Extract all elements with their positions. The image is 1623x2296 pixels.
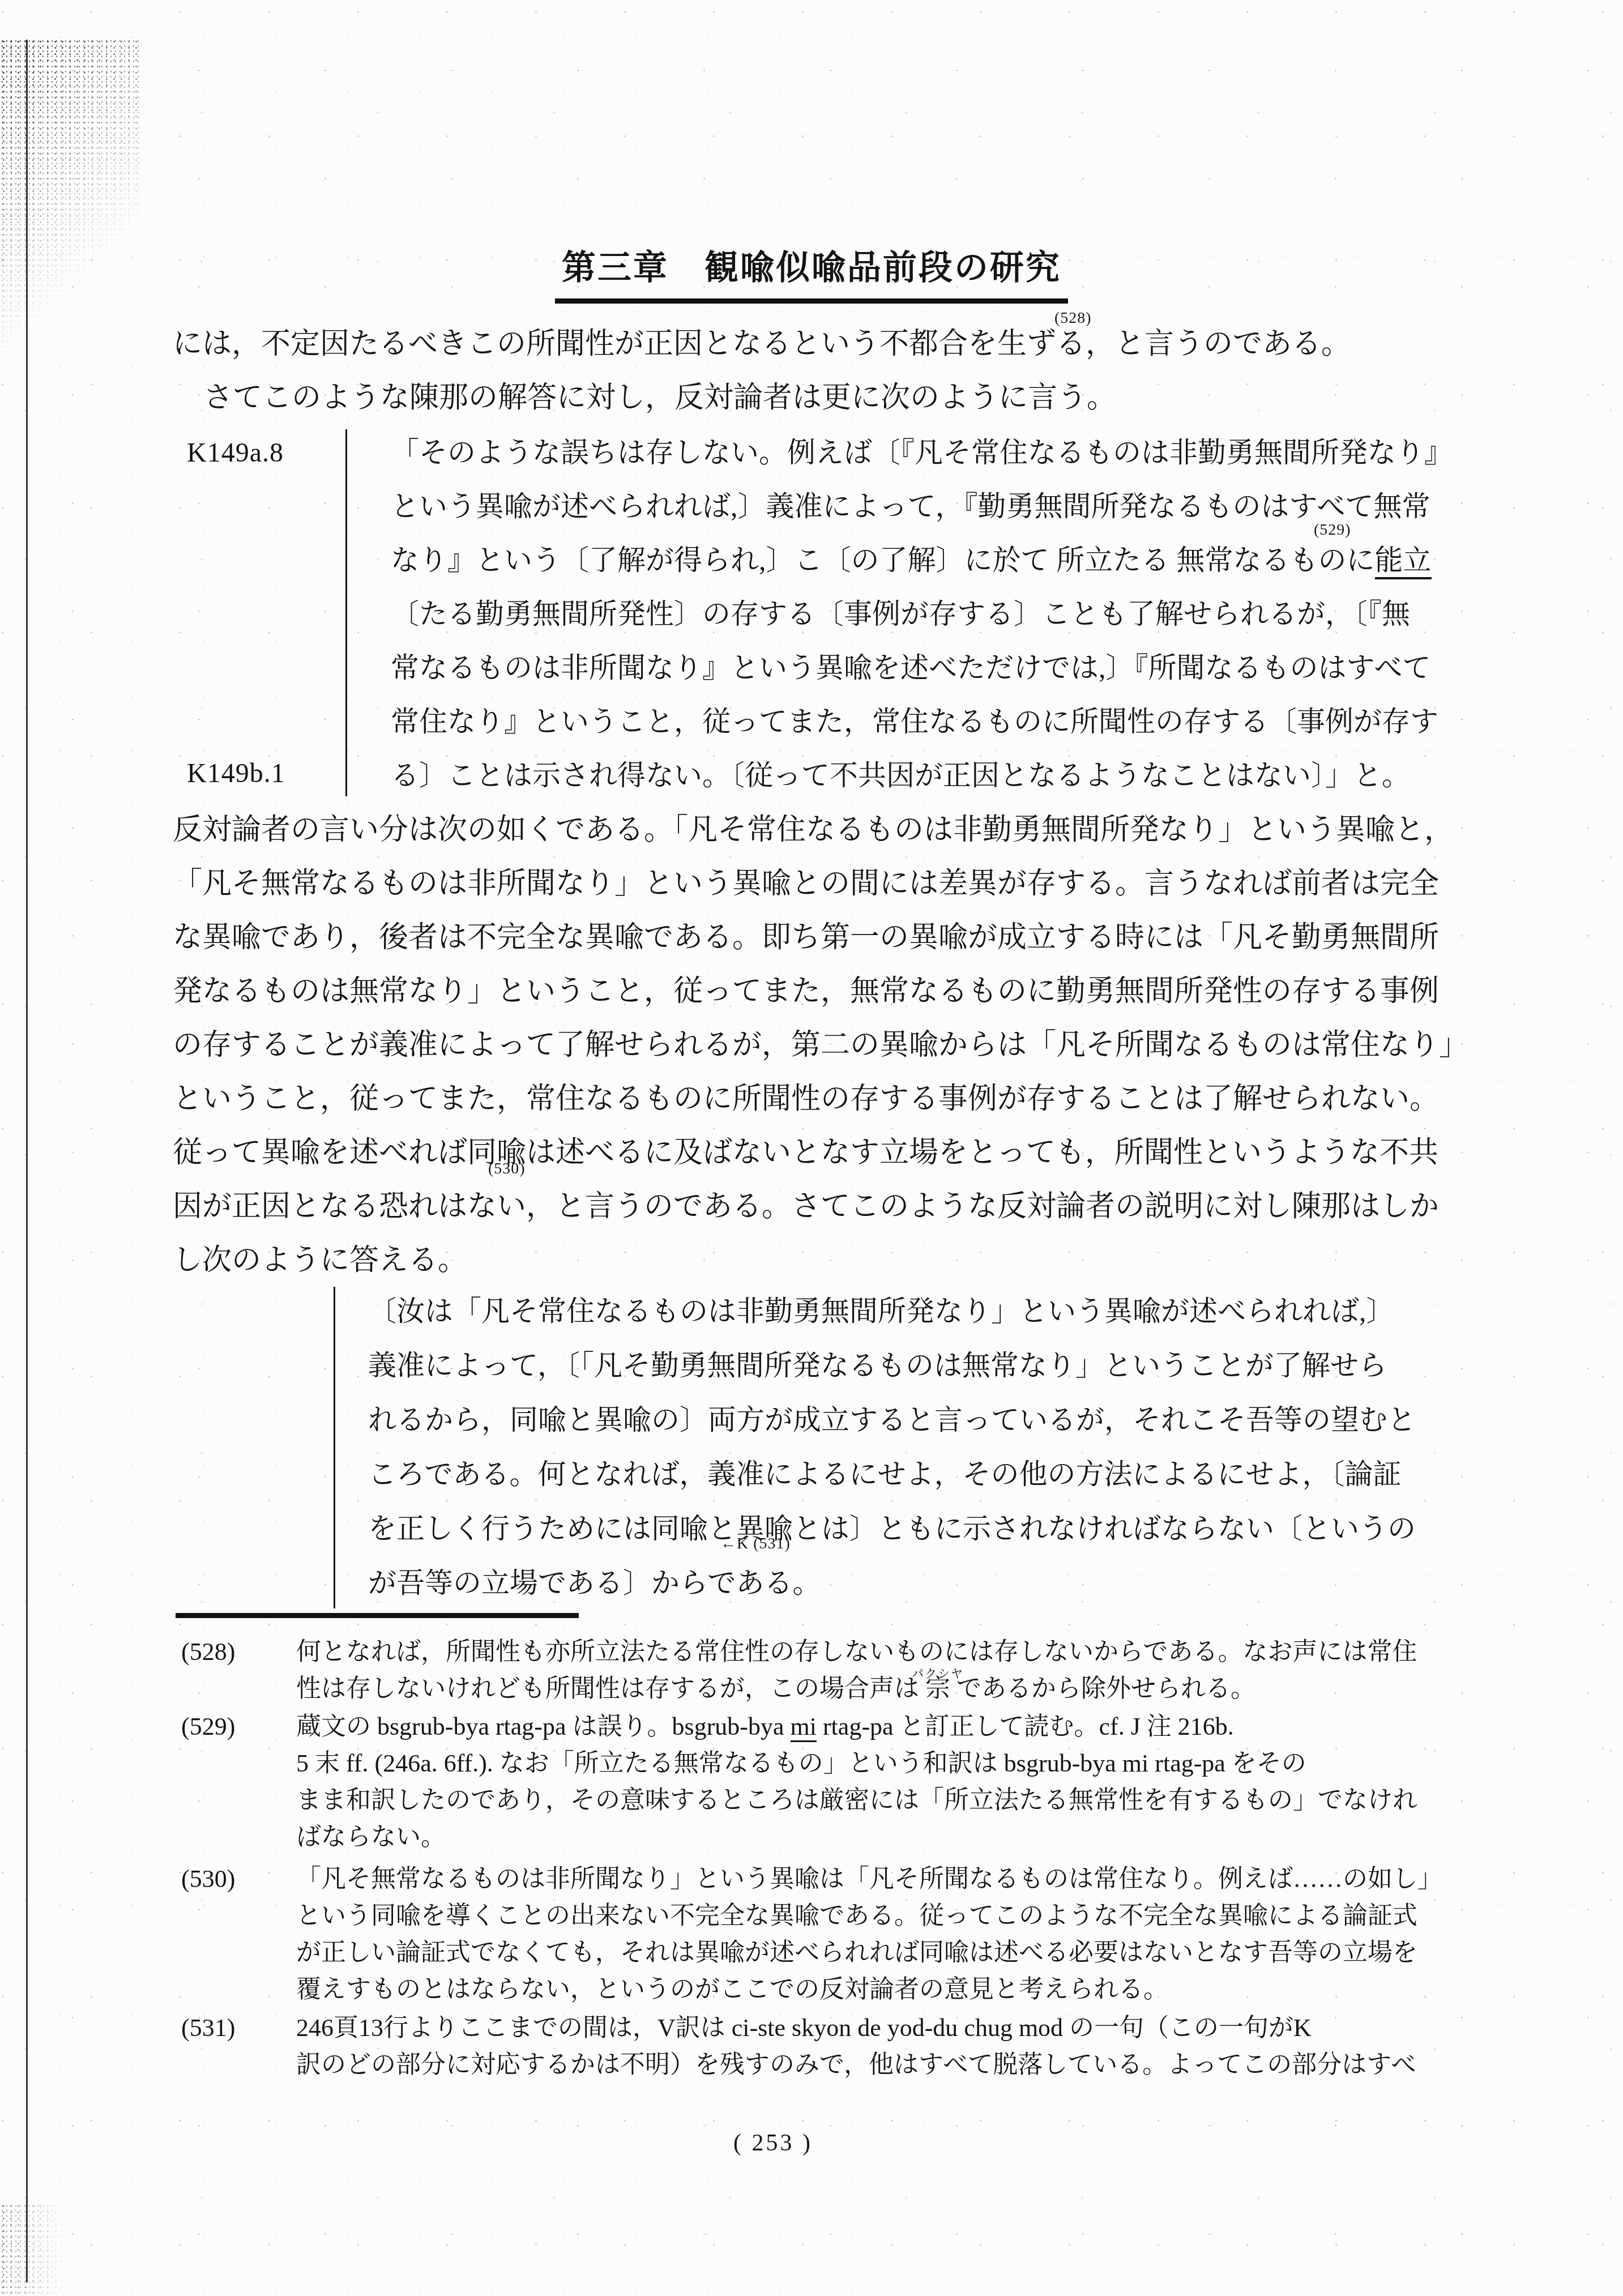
quote-block-1: 「そのような誤ちは存しない。例えば〔『凡そ常住なるものは非勤勇無間所発なり』 と… bbox=[391, 426, 1453, 803]
footnote-528-line-2: 性は存しないけれども所聞性は存するが，この場合声は パクシヤ宗 であるから除外せ… bbox=[296, 1670, 1417, 1707]
body-line-6: ということ，従ってまた，常住なるものに所聞性の存する事例が存することは了解せられ… bbox=[173, 1072, 1468, 1126]
ruby-shuu-pakshiya: パクシヤ宗 bbox=[925, 1670, 950, 1707]
footnote-529-line-4: ばならない。 bbox=[296, 1819, 1417, 1855]
quote1-line-3: なり』という〔了解が得られ,〕こ〔の了解〕に於て 所立たる 無常なるものに能立 bbox=[391, 534, 1453, 587]
footnote-531-text: 246頁13行よりここまでの間は，V訳は ci-ste skyon de yod… bbox=[296, 2009, 1416, 2083]
footnote-530-number: (530) bbox=[181, 1860, 235, 1897]
body-line-5: の存することが義准によって了解せられるが，第二の異喩からは「凡そ所聞なるものは常… bbox=[173, 1018, 1468, 1072]
footnote-530-text: 「凡そ無常なるものは非所聞なり」という異喩は「凡そ所聞なるものは常住なり。例えば… bbox=[296, 1860, 1442, 2008]
footnote-530-line-2: という同喩を導くことの出来ない不完全な異喩である。従ってこのような不完全な異喩に… bbox=[296, 1897, 1442, 1934]
page-number: ( 253 ) bbox=[733, 2129, 813, 2157]
footnote-530-line-3: が正しい論証式でなくても，それは異喩が述べられれば同喩は述べる必要はないとなす吾… bbox=[296, 1934, 1442, 1971]
footnote-529-number: (529) bbox=[181, 1708, 235, 1745]
quote1-line-1: 「そのような誤ちは存しない。例えば〔『凡そ常住なるものは非勤勇無間所発なり』 bbox=[391, 426, 1453, 480]
quote2-line-4: ころである。何となれば，義准によるにせよ，その他の方法によるにせよ，〔論証 bbox=[368, 1447, 1416, 1501]
quote2-line-1: 〔汝は「凡そ常住なるものは非勤勇無間所発なり」という異喩が述べられれば,〕 bbox=[368, 1284, 1416, 1338]
footnote-531-line-2: 訳のどの部分に対応するかは不明）を残すのみで，他はすべて脱落している。よってこの… bbox=[296, 2046, 1416, 2083]
intro-line-2: さてこのような陳那の解答に対し，反対論者は更に次のように言う。 bbox=[173, 371, 1351, 425]
quote2-line-6: が吾等の立場である〕からである。 bbox=[368, 1556, 1416, 1610]
body-line-8: 因が正因となる恐れはない，と言うのである。さてこのような反対論者の説明に対し陳那… bbox=[173, 1180, 1468, 1234]
quote2-line-2: 義准によって，〔「凡そ勤勇無間所発なるものは無常なり」ということが了解せら bbox=[368, 1338, 1416, 1393]
footnote-529-line-2: 5 末 ff. (246a. 6ff.). なお「所立たる無常なるもの」という和… bbox=[296, 1745, 1417, 1782]
quote2-vertical-bar bbox=[334, 1287, 335, 1608]
underlined-term-mi: mi bbox=[791, 1713, 817, 1742]
chapter-title: 第三章 観喩似喩品前段の研究 bbox=[555, 241, 1068, 304]
footnote-528-number: (528) bbox=[181, 1633, 235, 1670]
footnote-529-line-3: まま和訳したのであり，その意味するところは厳密には「所立法たる無常性を有するもの… bbox=[296, 1782, 1417, 1819]
quote2-line-3: れるから，同喩と異喩の〕両方が成立すると言っているが，それこそ吾等の望むと bbox=[368, 1393, 1416, 1447]
quote1-line-5: 常なるものは非所聞なり』という異喩を述べただけでは,〕『所聞なるものはすべて bbox=[391, 641, 1453, 695]
quote1-line-2: という異喩が述べられれば,〕義准によって，『勤勇無間所発なるものはすべて無常 bbox=[391, 480, 1453, 534]
underlined-term-nouryuu: 能立 bbox=[1375, 544, 1432, 579]
footnote-528-text: 何となれば，所聞性も亦所立法たる常住性の存しないものには存しないからである。なお… bbox=[296, 1633, 1417, 1707]
footnote-529-line-1-post: rtag-pa と訂正して読む。cf. J 注 216b. bbox=[817, 1713, 1234, 1740]
scan-smudge-bottom-left bbox=[0, 2203, 74, 2294]
margin-label-k149b1: K149b.1 bbox=[187, 758, 285, 789]
quote1-line-4: 〔たる勤勇無間所発性〕の存する〔事例が存する〕ことも了解せられるが，〔『無 bbox=[391, 587, 1453, 641]
footnote-separator bbox=[176, 1613, 579, 1618]
scan-fold-line bbox=[26, 40, 28, 2282]
quote-block-2: 〔汝は「凡そ常住なるものは非勤勇無間所発なり」という異喩が述べられれば,〕 義准… bbox=[368, 1284, 1416, 1610]
footnote-530-line-1: 「凡そ無常なるものは非所聞なり」という異喩は「凡そ所聞なるものは常住なり。例えば… bbox=[296, 1860, 1442, 1897]
ruby-text: パクシヤ bbox=[912, 1655, 964, 1692]
intro-line-1: には，不定因たるべきこの所聞性が正因となるという不都合を生ずる，と言うのである。 bbox=[173, 317, 1351, 371]
quote1-line-3-text: なり』という〔了解が得られ,〕こ〔の了解〕に於て 所立たる 無常なるものに bbox=[391, 544, 1375, 576]
quote1-vertical-bar bbox=[345, 429, 347, 796]
quote1-line-7: る〕ことは示され得ない。〔従って不共因が正因となるようなことはない〕」と。 bbox=[391, 749, 1453, 803]
body-line-9: し次のように答える。 bbox=[173, 1234, 1468, 1287]
footnote-528-line-1: 何となれば，所聞性も亦所立法たる常住性の存しないものには存しないからである。なお… bbox=[296, 1633, 1417, 1670]
body-line-2: 「凡そ無常なるものは非所聞なり」という異喩との間には差異が存する。言うなれば前者… bbox=[173, 857, 1468, 911]
footnote-529-text: 蔵文の bsgrub-bya rtag-pa は誤り。bsgrub-bya mi… bbox=[296, 1708, 1417, 1855]
scan-smudge-top-left bbox=[0, 39, 142, 356]
chapter-header: 第三章 観喩似喩品前段の研究 bbox=[0, 241, 1623, 304]
margin-label-k149a8: K149a.8 bbox=[187, 437, 284, 468]
body-line-1: 反対論者の言い分は次の如くである。「凡そ常住なるものは非勤勇無間所発なり」という… bbox=[173, 803, 1468, 857]
footnote-529-line-1: 蔵文の bsgrub-bya rtag-pa は誤り。bsgrub-bya mi… bbox=[296, 1708, 1417, 1745]
scanned-book-page: 第三章 観喩似喩品前段の研究 (528) (529) (530) ←K (531… bbox=[0, 0, 1623, 2296]
quote2-line-5: を正しく行うためには同喩と異喩とは〕ともに示されなければならない〔というの bbox=[368, 1501, 1416, 1556]
footnote-528-line-2-pre: 性は存しないけれども所聞性は存するが，この場合声は bbox=[296, 1675, 925, 1702]
quote1-line-6: 常住なり』ということ，従ってまた，常住なるものに所聞性の存する〔事例が存す bbox=[391, 695, 1453, 749]
body-line-3: な異喩であり，後者は不完全な異喩である。即ち第一の異喩が成立する時には「凡そ勤勇… bbox=[173, 911, 1468, 965]
intro-paragraph: には，不定因たるべきこの所聞性が正因となるという不都合を生ずる，と言うのである。… bbox=[173, 317, 1351, 425]
footnote-531-line-1: 246頁13行よりここまでの間は，V訳は ci-ste skyon de yod… bbox=[296, 2009, 1416, 2046]
body-paragraph: 反対論者の言い分は次の如くである。「凡そ常住なるものは非勤勇無間所発なり」という… bbox=[173, 803, 1468, 1287]
body-line-7: 従って異喩を述べれば同喩は述べるに及ばないとなす立場をとっても，所聞性というよう… bbox=[173, 1126, 1468, 1180]
footnote-531-number: (531) bbox=[181, 2009, 235, 2046]
footnote-528-line-2-post: であるから除外せられる。 bbox=[950, 1675, 1255, 1702]
footnote-529-line-1-pre: 蔵文の bsgrub-bya rtag-pa は誤り。bsgrub-bya bbox=[296, 1713, 791, 1740]
body-line-4: 発なるものは無常なり」ということ，従ってまた，無常なるものに勤勇無間所発性の存す… bbox=[173, 965, 1468, 1018]
footnote-530-line-4: 覆えすものとはならない，というのがここでの反対論者の意見と考えられる。 bbox=[296, 1971, 1442, 2008]
